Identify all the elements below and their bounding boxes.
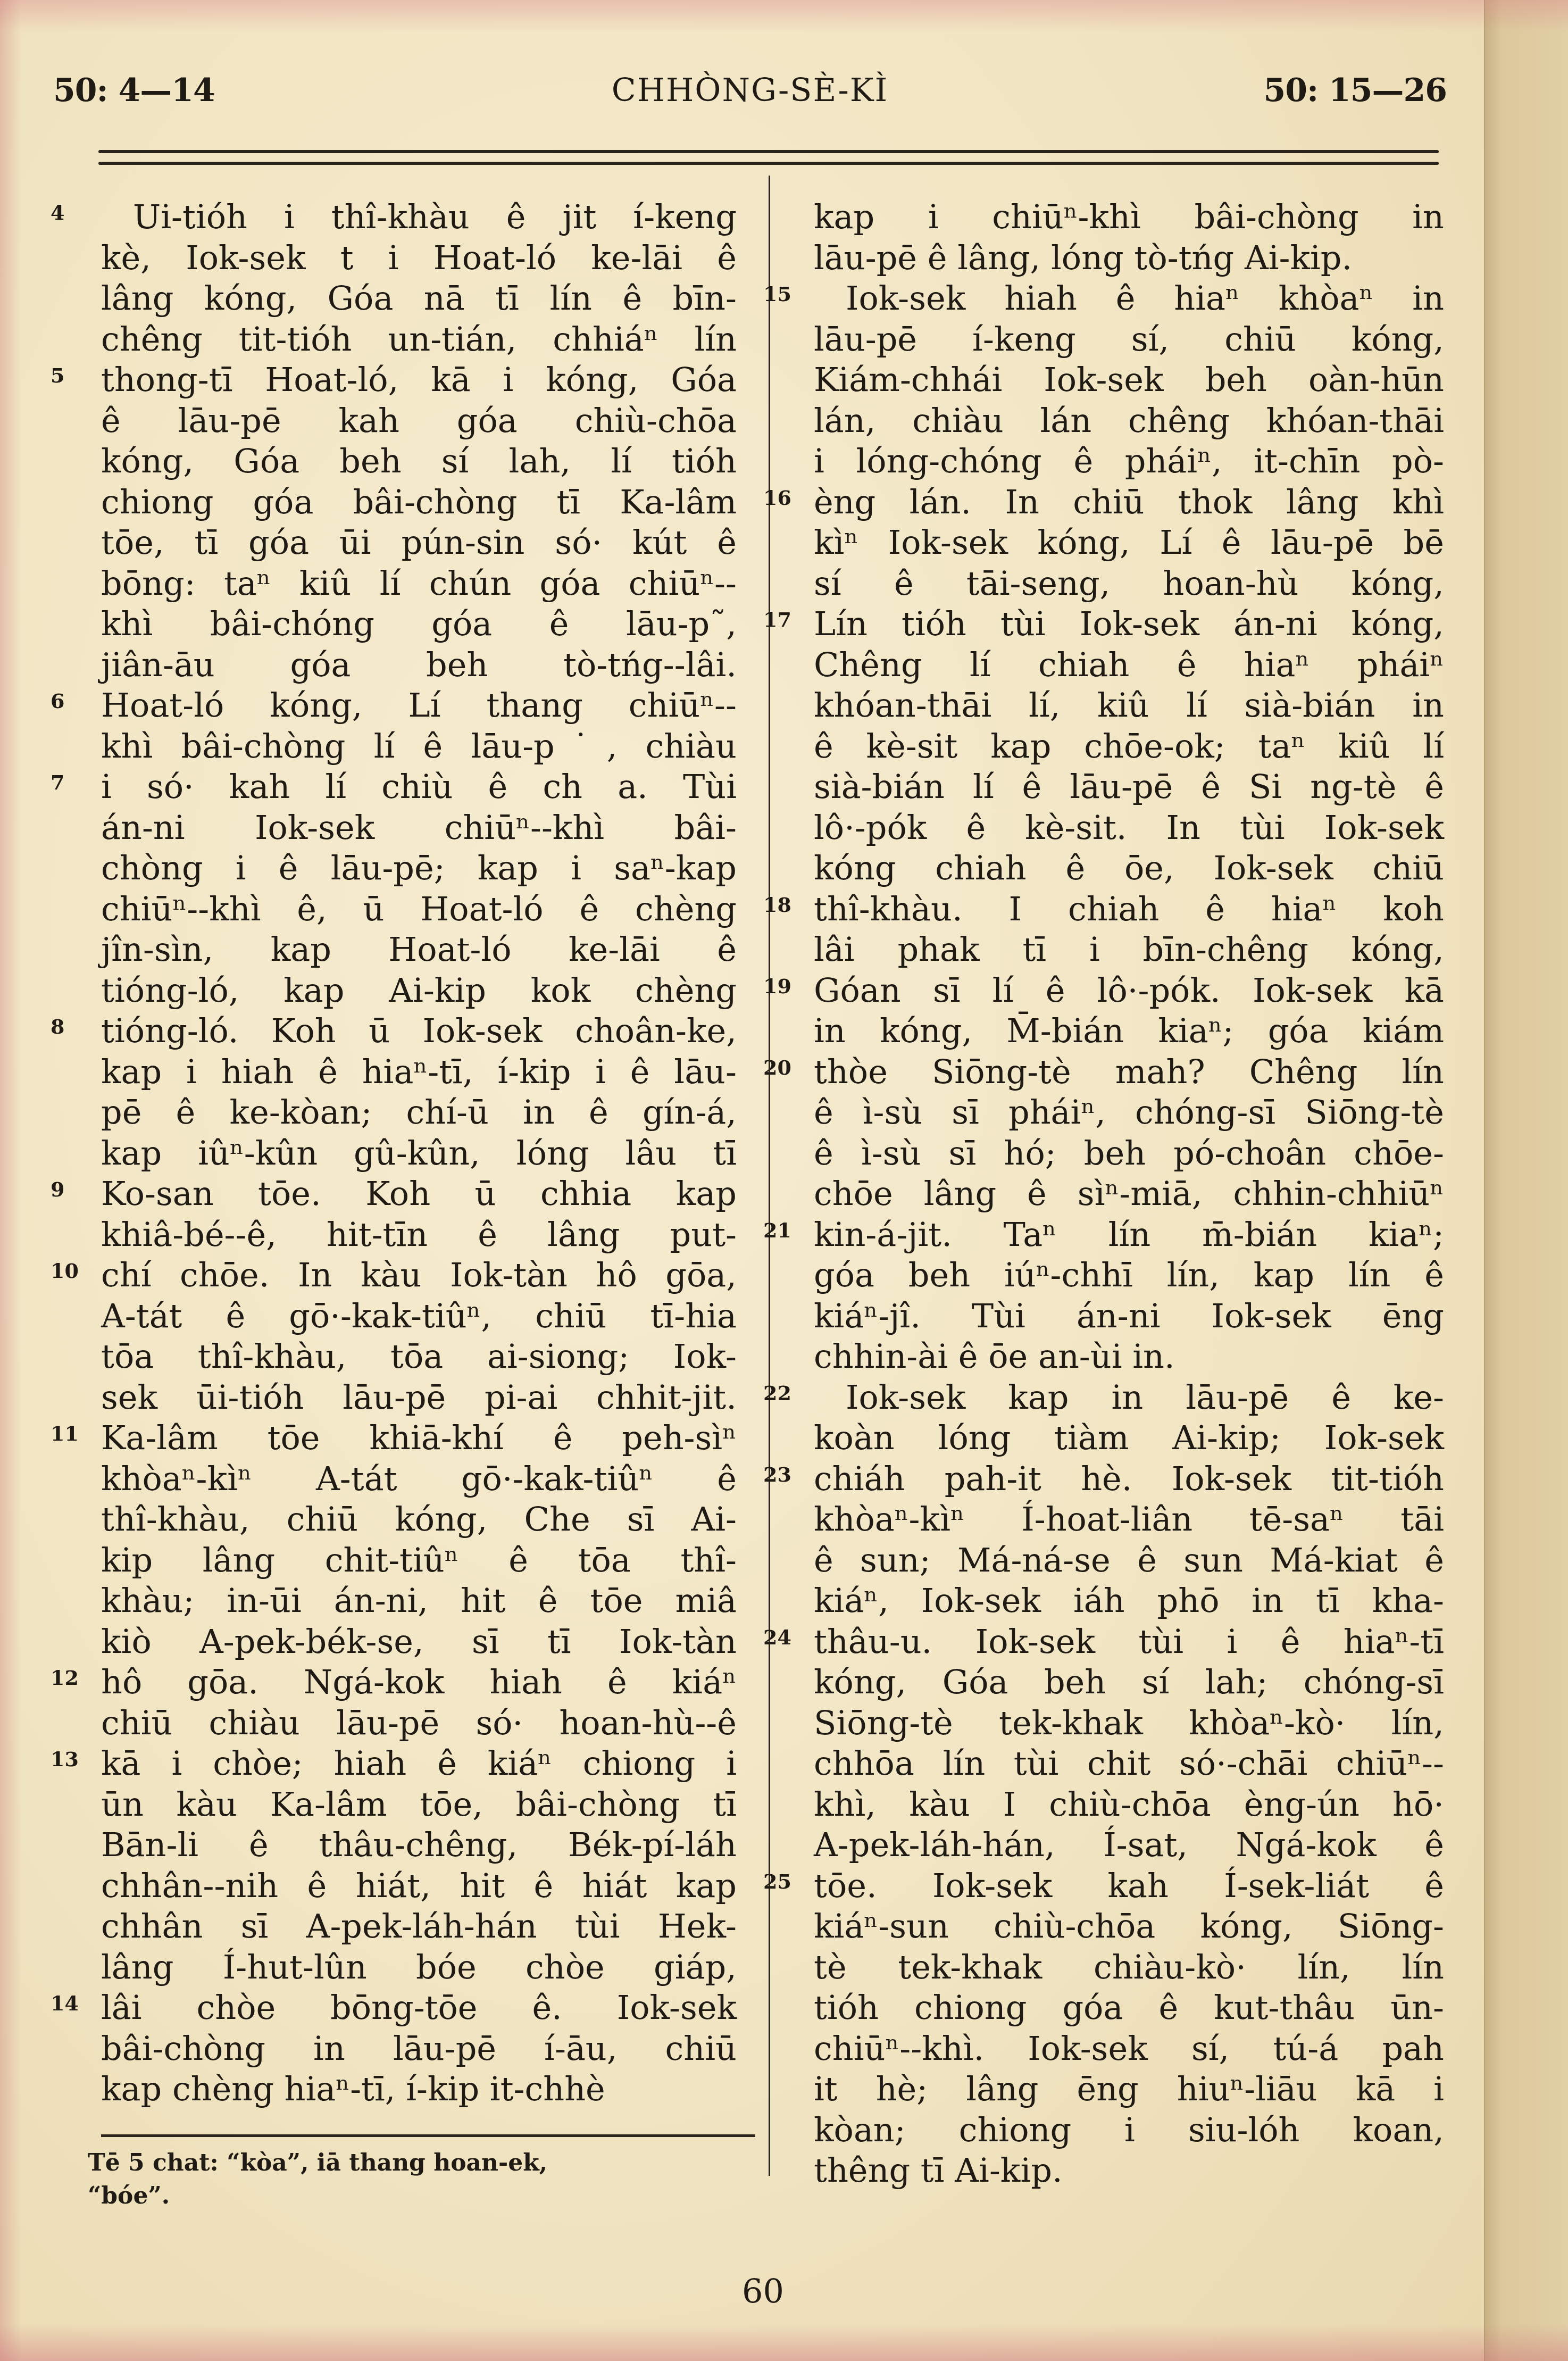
line-text: thòe Siōng-tè mah? Chêng lín [814,1052,1444,1093]
line-text: Ko-san tōe. Koh ū chhia kap [101,1174,737,1215]
line-text: chiūⁿ--khì ê, ū Hoat-ló ê chèng [101,889,737,930]
line-text: kiáⁿ, Iok-sek iáh phō in tī kha- [814,1581,1444,1622]
text-line: i lóng-chóng ê pháiⁿ, it-chīn pò- [814,441,1444,482]
text-line: 13kā i chòe; hiah ê kiáⁿ chiong i [101,1743,737,1784]
text-line: 19Góan sī lí ê lô·-pók. Iok-sek kā [814,970,1444,1011]
line-text: kè, Iok-sek t i Hoat-ló ke-lāi ê [101,238,737,279]
line-text: lāu-pē ê lâng, lóng tò-tńg Ai-kip. [814,238,1444,279]
text-line: jîn-sìn, kap Hoat-ló ke-lāi ê [101,929,737,970]
text-line: khiâ-bé--ê, hit-tīn ê lâng put- [101,1215,737,1256]
text-line: chhân--nih ê hiát, hit ê hiát kap [101,1866,737,1907]
left-column: 4Ui-tióh i thî-khàu ê jit í-kengkè, Iok-… [101,197,737,2110]
text-line: góa beh iúⁿ-chhī lín, kap lín ê [814,1255,1444,1296]
line-text: kóng, Góa beh sí lah; chóng-sī [814,1662,1444,1703]
text-line: kap iûⁿ-kûn gû-kûn, lóng lâu tī [101,1133,737,1174]
line-text: kòan; chiong i siu-lóh koan, [814,2110,1444,2151]
line-text: lán, chiàu lán chêng khóan-thāi [814,401,1444,442]
line-text: tióng-ló, kap Ai-kip kok chèng [101,970,737,1011]
text-line: kap i hiah ê hiaⁿ-tī, í-kip i ê lāu- [101,1052,737,1093]
text-line: sek ūi-tióh lāu-pē pi-ai chhit-jit. [101,1377,737,1418]
verse-number: 12 [51,1658,79,1699]
verse-number: 20 [763,1048,791,1088]
text-line: pē ê ke-kòan; chí-ū in ê gín-á, [101,1092,737,1133]
verse-number: 13 [51,1739,79,1780]
line-text: Kiám-chhái Iok-sek beh oàn-hūn [814,360,1444,401]
line-text: kiò A-pek-bék-se, sī tī Iok-tàn [101,1622,737,1662]
line-text: lâng Í-hut-lûn bóe chòe giáp, [101,1947,737,1988]
text-line: Siōng-tè tek-khak khòaⁿ-kò· lín, [814,1703,1444,1744]
line-text: khiâ-bé--ê, hit-tīn ê lâng put- [101,1215,737,1256]
verse-number: 6 [51,681,64,722]
line-text: it hè; lâng ēng hiuⁿ-liāu kā i [814,2069,1444,2110]
text-line: chhin-ài ê ōe an-ùi in. [814,1336,1444,1377]
line-text: lô·-pók ê kè-sit. In tùi Iok-sek [814,808,1444,849]
text-line: tióh chiong góa ê kut-thâu ūn- [814,1988,1444,2029]
line-text: lāu-pē í-keng sí, chiū kóng, [814,319,1444,360]
line-text: chiūⁿ--khì. Iok-sek sí, tú-á pah [814,2029,1444,2069]
text-line: ūn kàu Ka-lâm tōe, bâi-chòng tī [101,1784,737,1825]
text-line: chhân sī A-pek-láh-hán tùi Hek- [101,1906,737,1947]
line-text: tōa thî-khàu, tōa ai-siong; Iok- [101,1336,737,1377]
verse-number: 17 [763,600,791,641]
text-line: kip lâng chit-tiûⁿ ê tōa thî- [101,1540,737,1581]
line-text: khòaⁿ-kìⁿ Í-hoat-liân tē-saⁿ tāi [814,1499,1444,1540]
line-text: jîn-sìn, kap Hoat-ló ke-lāi ê [101,929,737,970]
text-line: chêng tit-tióh un-tián, chhiáⁿ lín [101,319,737,360]
line-text: chêng tit-tióh un-tián, chhiáⁿ lín [101,319,737,360]
line-text: khì bâi-chóng góa ê lāu-p˜, [101,604,737,645]
verse-number: 18 [763,885,791,926]
text-line: kè, Iok-sek t i Hoat-ló ke-lāi ê [101,238,737,279]
verse-number: 8 [51,1007,64,1048]
text-line: 6Hoat-ló kóng, Lí thang chiūⁿ-- [101,685,737,726]
text-line: tióng-ló, kap Ai-kip kok chèng [101,970,737,1011]
verse-number: 19 [763,966,791,1007]
text-line: 8tióng-ló. Koh ū Iok-sek choân-ke, [101,1011,737,1052]
text-line: lâng Í-hut-lûn bóe chòe giáp, [101,1947,737,1988]
line-text: tōe, tī góa ūi pún-sin só· kút ê [101,522,737,563]
text-line: khóan-thāi lí, kiû lí sià-bián in [814,685,1444,726]
line-text: lâi phak tī i bīn-chêng kóng, [814,929,1444,970]
text-line: 20thòe Siōng-tè mah? Chêng lín [814,1052,1444,1093]
line-text: sià-bián lí ê lāu-pē ê Si ng-tè ê [814,767,1444,808]
line-text: tè tek-khak chiàu-kò· lín, lín [814,1947,1444,1988]
footnote: Tē 5 chat: “kòa”, iā thang hoan-ek, “bóe… [88,2147,753,2213]
text-line: thî-khàu, chiū kóng, Che sī Ai- [101,1499,737,1540]
text-line: bâi-chòng in lāu-pē í-āu, chiū [101,2029,737,2069]
line-text: chiong góa bâi-chòng tī Ka-lâm [101,482,737,523]
line-text: kiáⁿ-sun chiù-chōa kóng, Siōng- [814,1906,1444,1947]
footnote-line: Tē 5 chat: “kòa”, iā thang hoan-ek, [88,2147,753,2180]
line-text: kóng, Góa beh sí lah, lí tióh [101,441,737,482]
verse-number: 16 [763,478,791,519]
running-head-right-range: 50: 15—26 [1263,66,1447,114]
text-line: ê ì-sù sī pháiⁿ, chóng-sī Siōng-tè [814,1092,1444,1133]
text-line: 7i só· kah lí chiù ê ch a. Tùi [101,767,737,808]
text-line: khàu; in-ūi án-ni, hit ê tōe miâ [101,1581,737,1622]
line-text: Ui-tióh i thî-khàu ê jit í-keng [101,197,737,238]
line-text: i só· kah lí chiù ê ch a. Tùi [101,767,737,808]
line-text: chòng i ê lāu-pē; kap i saⁿ-kap [101,848,737,889]
line-text: chōe lâng ê sìⁿ-miā, chhin-chhiūⁿ [814,1174,1444,1215]
text-line: 12hô gōa. Ngá-kok hiah ê kiáⁿ [101,1662,737,1703]
text-line: khì bâi-chòng lí ê lāu-p˙, chiàu [101,726,737,767]
line-text: in kóng, M̄-bián kiaⁿ; góa kiám [814,1011,1444,1052]
verse-number: 15 [763,274,791,315]
text-line: 23chiáh pah-it hè. Iok-sek tit-tióh [814,1459,1444,1500]
text-line: khòaⁿ-kìⁿ Í-hoat-liân tē-saⁿ tāi [814,1499,1444,1540]
text-line: lán, chiàu lán chêng khóan-thāi [814,401,1444,442]
text-line: tōe, tī góa ūi pún-sin só· kút ê [101,522,737,563]
text-line: khòaⁿ-kìⁿ A-tát gō·-kak-tiûⁿ ê [101,1459,737,1500]
line-text: bâi-chòng in lāu-pē í-āu, chiū [101,2029,737,2069]
line-text: sí ê tāi-seng, hoan-hù kóng, [814,563,1444,604]
text-line: 15Iok-sek hiah ê hiaⁿ khòaⁿ in [814,278,1444,319]
text-line: tè tek-khak chiàu-kò· lín, lín [814,1947,1444,1988]
text-line: lô·-pók ê kè-sit. In tùi Iok-sek [814,808,1444,849]
text-line: bōng: taⁿ kiû lí chún góa chiūⁿ-- [101,563,737,604]
line-text: tōe. Iok-sek kah Í-sek-liát ê [814,1866,1444,1907]
text-line: Chêng lí chiah ê hiaⁿ pháiⁿ [814,645,1444,686]
right-column: kap i chiūⁿ-khì bâi-chòng inlāu-pē ê lân… [814,197,1444,2191]
line-text: chhân--nih ê hiát, hit ê hiát kap [101,1866,737,1907]
verse-number: 5 [51,355,64,396]
text-line: 11Ka-lâm tōe khiā-khí ê peh-sìⁿ [101,1418,737,1459]
text-line: lâng kóng, Góa nā tī lín ê bīn- [101,278,737,319]
text-line: Bān-li ê thâu-chêng, Bék-pí-láh [101,1825,737,1866]
line-text: kóng chiah ê ōe, Iok-sek chiū [814,848,1444,889]
text-line: kiò A-pek-bék-se, sī tī Iok-tàn [101,1622,737,1662]
line-text: ê sun; Má-ná-se ê sun Má-kiat ê [814,1540,1444,1581]
line-text: chiáh pah-it hè. Iok-sek tit-tióh [814,1459,1444,1500]
line-text: A-pek-láh-hán, Í-sat, Ngá-kok ê [814,1825,1444,1866]
line-text: lâi chòe bōng-tōe ê. Iok-sek [101,1988,737,2029]
text-line: kiáⁿ, Iok-sek iáh phō in tī kha- [814,1581,1444,1622]
verse-number: 10 [51,1251,79,1292]
line-text: kip lâng chit-tiûⁿ ê tōa thî- [101,1540,737,1581]
verse-number: 4 [51,193,64,234]
page-stain [0,0,21,2361]
line-text: ūn kàu Ka-lâm tōe, bâi-chòng tī [101,1784,737,1825]
line-text: ê ì-sù sī hó; beh pó-choân chōe- [814,1133,1444,1174]
line-text: thong-tī Hoat-ló, kā i kóng, Góa [101,360,737,401]
verse-number: 14 [51,1983,79,2024]
line-text: Góan sī lí ê lô·-pók. Iok-sek kā [814,970,1444,1011]
text-line: chiūⁿ--khì ê, ū Hoat-ló ê chèng [101,889,737,930]
text-line: lāu-pē ê lâng, lóng tò-tńg Ai-kip. [814,238,1444,279]
text-line: khì, kàu I chiù-chōa èng-ún hō· [814,1784,1444,1825]
text-line: 10chí chōe. In kàu Iok-tàn hô gōa, [101,1255,737,1296]
text-line: in kóng, M̄-bián kiaⁿ; góa kiám [814,1011,1444,1052]
line-text: chí chōe. In kàu Iok-tàn hô gōa, [101,1255,737,1296]
line-text: kiáⁿ-jî. Tùi án-ni Iok-sek ēng [814,1296,1444,1337]
text-line: ê sun; Má-ná-se ê sun Má-kiat ê [814,1540,1444,1581]
verse-number: 7 [51,762,64,803]
text-line: chòng i ê lāu-pē; kap i saⁿ-kap [101,848,737,889]
text-line: sí ê tāi-seng, hoan-hù kóng, [814,563,1444,604]
line-text: thêng tī Ai-kip. [814,2150,1444,2191]
text-line: ê ì-sù sī hó; beh pó-choân chōe- [814,1133,1444,1174]
line-text: Chêng lí chiah ê hiaⁿ pháiⁿ [814,645,1444,686]
line-text: koàn lóng tiàm Ai-kip; Iok-sek [814,1418,1444,1459]
line-text: kā i chòe; hiah ê kiáⁿ chiong i [101,1743,737,1784]
line-text: chhin-ài ê ōe an-ùi in. [814,1336,1444,1377]
text-line: kìⁿ Iok-sek kóng, Lí ê lāu-pē bē [814,522,1444,563]
text-line: ê kè-sit kap chōe-ok; taⁿ kiû lí [814,726,1444,767]
line-text: khàu; in-ūi án-ni, hit ê tōe miâ [101,1581,737,1622]
line-text: Siōng-tè tek-khak khòaⁿ-kò· lín, [814,1703,1444,1744]
line-text: tióng-ló. Koh ū Iok-sek choân-ke, [101,1011,737,1052]
text-line: khì bâi-chóng góa ê lāu-p˜, [101,604,737,645]
line-text: kìⁿ Iok-sek kóng, Lí ê lāu-pē bē [814,522,1444,563]
text-line: it hè; lâng ēng hiuⁿ-liāu kā i [814,2069,1444,2110]
text-line: jiân-āu góa beh tò-tńg--lâi. [101,645,737,686]
text-line: chhōa lín tùi chit só·-chāi chiūⁿ-- [814,1743,1444,1784]
text-line: kap i chiūⁿ-khì bâi-chòng in [814,197,1444,238]
text-line: 25tōe. Iok-sek kah Í-sek-liát ê [814,1866,1444,1907]
line-text: thî-khàu, chiū kóng, Che sī Ai- [101,1499,737,1540]
text-line: ê lāu-pē kah góa chiù-chōa [101,401,737,442]
verse-number: 23 [763,1454,791,1495]
line-text: ê lāu-pē kah góa chiù-chōa [101,401,737,442]
text-line: chiūⁿ--khì. Iok-sek sí, tú-á pah [814,2029,1444,2069]
text-line: Kiám-chhái Iok-sek beh oàn-hūn [814,360,1444,401]
text-line: 16èng lán. In chiū thok lâng khì [814,482,1444,523]
text-line: chiū chiàu lāu-pē só· hoan-hù--ê [101,1703,737,1744]
footnote-rule [101,2134,755,2137]
line-text: A-tát ê gō·-kak-tiûⁿ, chiū tī-hia [101,1296,737,1337]
line-text: khì, kàu I chiù-chōa èng-ún hō· [814,1784,1444,1825]
text-line: chiong góa bâi-chòng tī Ka-lâm [101,482,737,523]
text-line: kóng, Góa beh sí lah; chóng-sī [814,1662,1444,1703]
text-line: 14lâi chòe bōng-tōe ê. Iok-sek [101,1988,737,2029]
verse-number: 21 [763,1210,791,1251]
text-line: 21kin-á-jit. Taⁿ lín m̄-bián kiaⁿ; [814,1215,1444,1256]
running-head: 50: 4—14 CHHÒNG-SÈ-KÌ 50: 15—26 [53,66,1447,114]
line-text: sek ūi-tióh lāu-pē pi-ai chhit-jit. [101,1377,737,1418]
text-line: kap chèng hiaⁿ-tī, í-kip it-chhè [101,2069,737,2110]
text-line: sià-bián lí ê lāu-pē ê Si ng-tè ê [814,767,1444,808]
text-line: lāu-pē í-keng sí, chiū kóng, [814,319,1444,360]
text-line: chōe lâng ê sìⁿ-miā, chhin-chhiūⁿ [814,1174,1444,1215]
line-text: khì bâi-chòng lí ê lāu-p˙, chiàu [101,726,737,767]
line-text: Ka-lâm tōe khiā-khí ê peh-sìⁿ [101,1418,737,1459]
text-line: koàn lóng tiàm Ai-kip; Iok-sek [814,1418,1444,1459]
text-line: kiáⁿ-jî. Tùi án-ni Iok-sek ēng [814,1296,1444,1337]
line-text: Iok-sek hiah ê hiaⁿ khòaⁿ in [814,278,1444,319]
line-text: kin-á-jit. Taⁿ lín m̄-bián kiaⁿ; [814,1215,1444,1256]
line-text: Lín tióh tùi Iok-sek án-ni kóng, [814,604,1444,645]
text-line: lâi phak tī i bīn-chêng kóng, [814,929,1444,970]
line-text: lâng kóng, Góa nā tī lín ê bīn- [101,278,737,319]
header-rule [98,150,1439,153]
facing-page-edge [1484,0,1568,2361]
verse-number: 24 [763,1617,791,1658]
line-text: án-ni Iok-sek chiūⁿ--khì bâi- [101,808,737,849]
line-text: i lóng-chóng ê pháiⁿ, it-chīn pò- [814,441,1444,482]
line-text: ê ì-sù sī pháiⁿ, chóng-sī Siōng-tè [814,1092,1444,1133]
line-text: jiân-āu góa beh tò-tńg--lâi. [101,645,737,686]
verse-number: 25 [763,1861,791,1902]
text-line: thêng tī Ai-kip. [814,2150,1444,2191]
text-line: 4Ui-tióh i thî-khàu ê jit í-keng [101,197,737,238]
page-stain [0,0,1568,32]
line-text: èng lán. In chiū thok lâng khì [814,482,1444,523]
line-text: kap i chiūⁿ-khì bâi-chòng in [814,197,1444,238]
line-text: Bān-li ê thâu-chêng, Bék-pí-láh [101,1825,737,1866]
running-head-book-title: CHHÒNG-SÈ-KÌ [53,66,1447,114]
text-line: 5thong-tī Hoat-ló, kā i kóng, Góa [101,360,737,401]
line-text: kap chèng hiaⁿ-tī, í-kip it-chhè [101,2069,737,2110]
page-stain [0,2324,1568,2361]
text-line: 9Ko-san tōe. Koh ū chhia kap [101,1174,737,1215]
line-text: Hoat-ló kóng, Lí thang chiūⁿ-- [101,685,737,726]
text-line: 18thî-khàu. I chiah ê hiaⁿ koh [814,889,1444,930]
text-line: 24thâu-u. Iok-sek tùi i ê hiaⁿ-tī [814,1622,1444,1662]
text-line: kiáⁿ-sun chiù-chōa kóng, Siōng- [814,1906,1444,1947]
text-line: kóng, Góa beh sí lah, lí tióh [101,441,737,482]
text-line: kóng chiah ê ōe, Iok-sek chiū [814,848,1444,889]
header-rule [98,162,1439,165]
verse-number: 22 [763,1373,791,1414]
text-line: kòan; chiong i siu-lóh koan, [814,2110,1444,2151]
page-number: 60 [742,2272,784,2310]
line-text: bōng: taⁿ kiû lí chún góa chiūⁿ-- [101,563,737,604]
line-text: khòaⁿ-kìⁿ A-tát gō·-kak-tiûⁿ ê [101,1459,737,1500]
line-text: chhōa lín tùi chit só·-chāi chiūⁿ-- [814,1743,1444,1784]
text-line: 22Iok-sek kap in lāu-pē ê ke- [814,1377,1444,1418]
text-line: tōa thî-khàu, tōa ai-siong; Iok- [101,1336,737,1377]
line-text: chiū chiàu lāu-pē só· hoan-hù--ê [101,1703,737,1744]
line-text: kap iûⁿ-kûn gû-kûn, lóng lâu tī [101,1133,737,1174]
line-text: chhân sī A-pek-láh-hán tùi Hek- [101,1906,737,1947]
text-line: án-ni Iok-sek chiūⁿ--khì bâi- [101,808,737,849]
line-text: khóan-thāi lí, kiû lí sià-bián in [814,685,1444,726]
line-text: thî-khàu. I chiah ê hiaⁿ koh [814,889,1444,930]
footnote-line: “bóe”. [88,2180,753,2213]
line-text: tióh chiong góa ê kut-thâu ūn- [814,1988,1444,2029]
text-line: A-pek-láh-hán, Í-sat, Ngá-kok ê [814,1825,1444,1866]
line-text: ê kè-sit kap chōe-ok; taⁿ kiû lí [814,726,1444,767]
text-line: A-tát ê gō·-kak-tiûⁿ, chiū tī-hia [101,1296,737,1337]
line-text: kap i hiah ê hiaⁿ-tī, í-kip i ê lāu- [101,1052,737,1093]
verse-number: 11 [51,1414,79,1454]
line-text: Iok-sek kap in lāu-pē ê ke- [814,1377,1444,1418]
line-text: hô gōa. Ngá-kok hiah ê kiáⁿ [101,1662,737,1703]
line-text: thâu-u. Iok-sek tùi i ê hiaⁿ-tī [814,1622,1444,1662]
line-text: góa beh iúⁿ-chhī lín, kap lín ê [814,1255,1444,1296]
line-text: pē ê ke-kòan; chí-ū in ê gín-á, [101,1092,737,1133]
text-line: 17Lín tióh tùi Iok-sek án-ni kóng, [814,604,1444,645]
verse-number: 9 [51,1169,64,1210]
